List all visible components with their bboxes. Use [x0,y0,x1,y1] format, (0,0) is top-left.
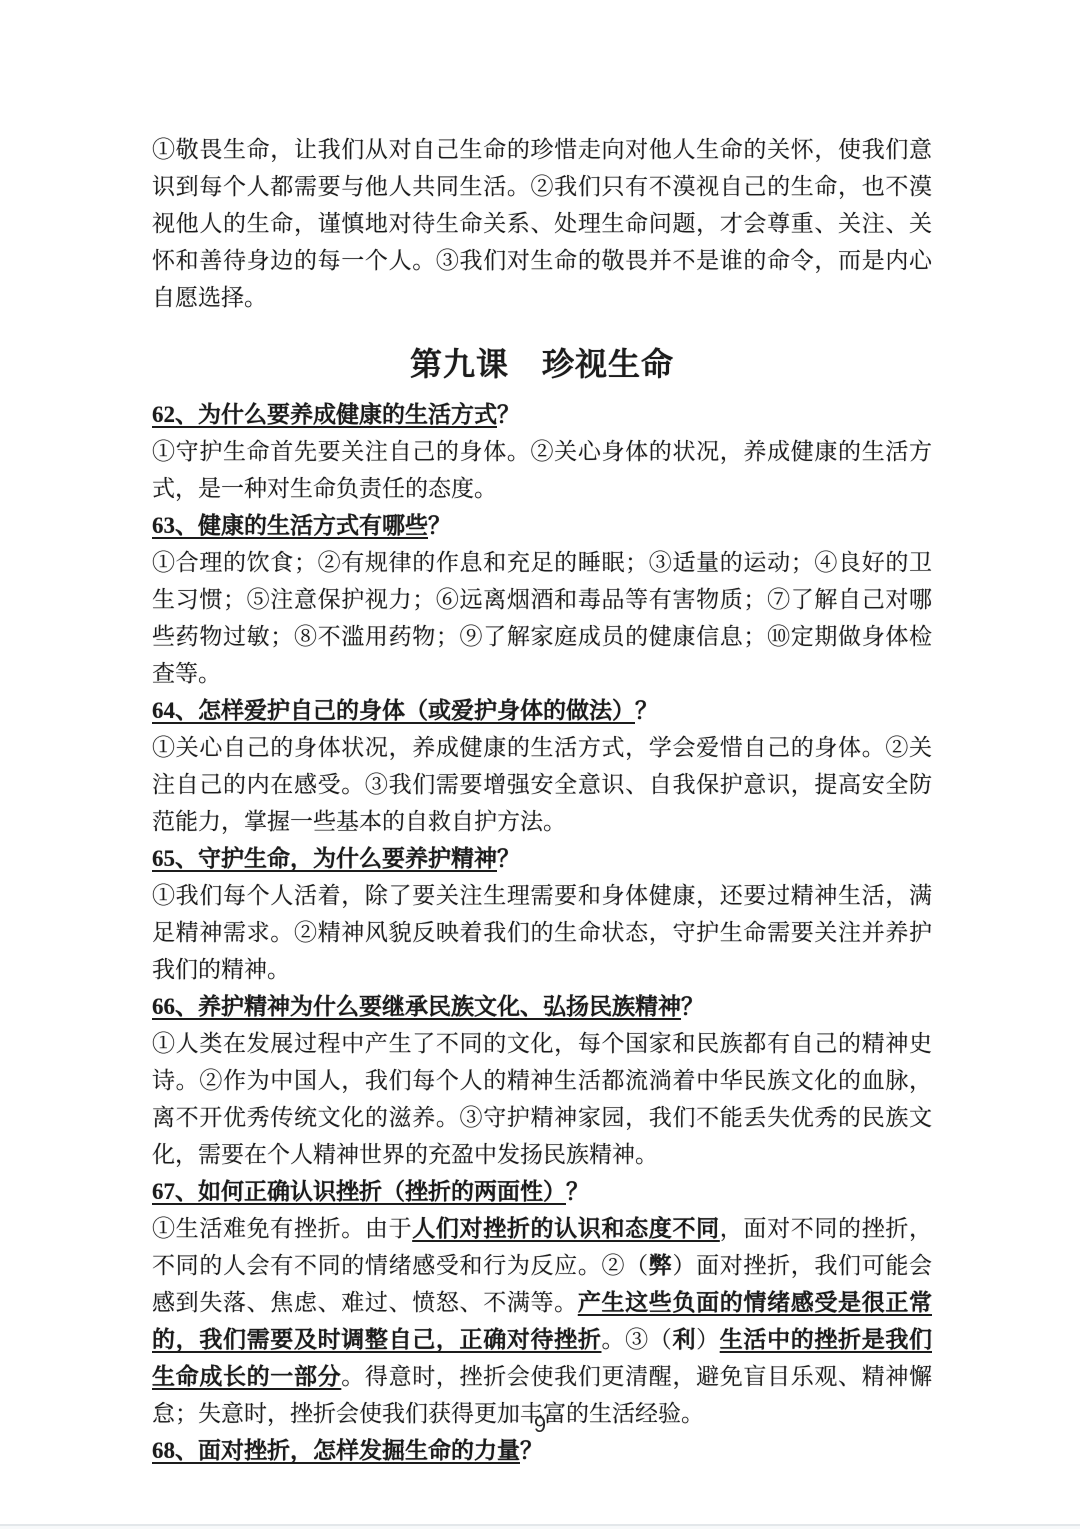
answer-65: ①我们每个人活着，除了要关注生理需要和身体健康，还要过精神生活，满足精神需求。②… [152,877,932,988]
answer-segment-bold: 利 [672,1327,696,1352]
question-heading-66: 66、养护精神为什么要继承民族文化、弘扬民族精神？ [152,988,932,1025]
answer-segment: ①生活难免有挫折。由于 [152,1216,412,1241]
answer-segment-bold: 弊 [649,1253,673,1278]
answer-segment: ） [696,1327,720,1352]
question-heading-text: 62、为什么要养成健康的生活方式 [152,402,497,427]
question-mark: ？ [566,1179,589,1204]
question-heading-64: 64、怎样爱护自己的身体（或爱护身体的做法）？ [152,692,932,729]
answer-segment-emphasis: 人们对挫折的认识和态度不同 [412,1216,720,1241]
question-heading-text: 66、养护精神为什么要继承民族文化、弘扬民族精神 [152,994,681,1019]
answer-64: ①关心自己的身体状况，养成健康的生活方式，学会爱惜自己的身体。②关注自己的内在感… [152,729,932,840]
question-heading-65: 65、守护生命，为什么要养护精神？ [152,840,932,877]
question-heading-text: 63、健康的生活方式有哪些 [152,513,428,538]
question-mark: ？ [497,402,520,427]
document-content: ①敬畏生命，让我们从对自己生命的珍惜走向对他人生命的关怀，使我们意识到每个人都需… [152,131,932,1469]
question-heading-text: 68、面对挫折，怎样发掘生命的力量 [152,1438,520,1463]
answer-62: ①守护生命首先要关注自己的身体。②关心身体的状况，养成健康的生活方式，是一种对生… [152,433,932,507]
question-heading-67: 67、如何正确认识挫折（挫折的两面性）？ [152,1173,932,1210]
question-heading-63: 63、健康的生活方式有哪些？ [152,507,932,544]
question-mark: ？ [635,698,658,723]
question-mark: ？ [520,1438,543,1463]
answer-67: ①生活难免有挫折。由于人们对挫折的认识和态度不同，面对不同的挫折，不同的人会有不… [152,1210,932,1432]
question-mark: ？ [681,994,704,1019]
lesson-title: 第九课 珍视生命 [152,344,932,384]
page-number: 9 [0,1412,1080,1438]
question-heading-text: 67、如何正确认识挫折（挫折的两面性） [152,1179,566,1204]
answer-66: ①人类在发展过程中产生了不同的文化，每个国家和民族都有自己的精神史诗。②作为中国… [152,1025,932,1173]
question-heading-62: 62、为什么要养成健康的生活方式？ [152,396,932,433]
question-heading-text: 65、守护生命，为什么要养护精神 [152,846,497,871]
intro-paragraph: ①敬畏生命，让我们从对自己生命的珍惜走向对他人生命的关怀，使我们意识到每个人都需… [152,131,932,316]
answer-63: ①合理的饮食；②有规律的作息和充足的睡眠；③适量的运动；④良好的卫生习惯；⑤注意… [152,544,932,692]
answer-segment: 。③（ [601,1327,672,1352]
question-mark: ？ [497,846,520,871]
question-mark: ？ [428,513,451,538]
question-heading-text: 64、怎样爱护自己的身体（或爱护身体的做法） [152,698,635,723]
